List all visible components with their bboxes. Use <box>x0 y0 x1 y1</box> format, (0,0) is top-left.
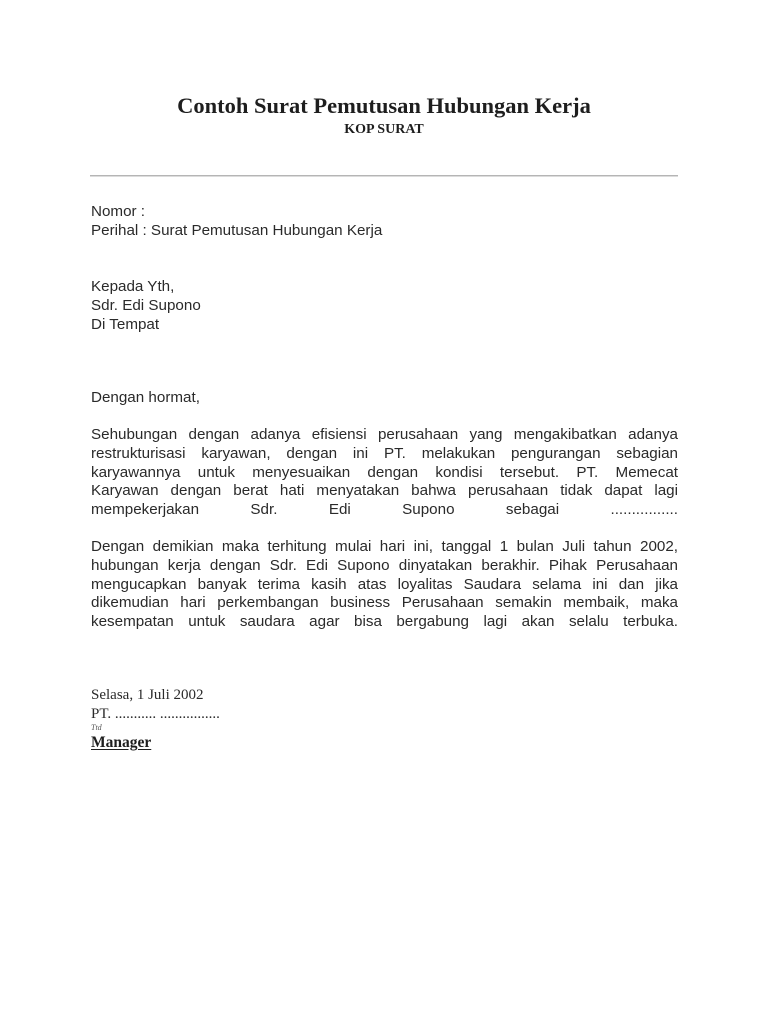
header-divider <box>90 175 678 177</box>
greeting-text: Dengan hormat, <box>91 389 678 408</box>
paragraph-line: Sehubungan dengan adanya efisiensi perus… <box>91 426 678 445</box>
paragraph-line: karyawannya untuk menyesuaikan dengan ko… <box>91 464 678 483</box>
paragraph-line: restrukturisasi karyawan, dengan ini PT.… <box>91 445 678 464</box>
letter-meta: Nomor : Perihal : Surat Pemutusan Hubung… <box>91 203 678 241</box>
paragraph-1: Sehubungan dengan adanya efisiensi perus… <box>91 426 678 520</box>
signature-ttd: Ttd <box>91 723 678 733</box>
perihal-line: Perihal : Surat Pemutusan Hubungan Kerja <box>91 222 678 241</box>
paragraph-line: kesempatan untuk saudara agar bisa berga… <box>91 613 678 632</box>
letter-page: Contoh Surat Pemutusan Hubungan Kerja KO… <box>0 0 768 1024</box>
paragraph-line: mempekerjakan Sdr. Edi Supono sebagai ..… <box>91 501 678 520</box>
paragraph-line: mengucapkan banyak terima kasih atas loy… <box>91 576 678 595</box>
recipient-line: Kepada Yth, <box>91 278 678 297</box>
paragraph-line: Dengan demikian maka terhitung mulai har… <box>91 538 678 557</box>
signature-company: PT. ........... ................ <box>91 705 678 723</box>
signature-block: Selasa, 1 Juli 2002 PT. ........... ....… <box>91 686 678 752</box>
paragraph-line: Karyawan dengan berat hati menyatakan ba… <box>91 482 678 501</box>
recipient-line: Sdr. Edi Supono <box>91 297 678 316</box>
greeting: Dengan hormat, <box>91 389 678 408</box>
letterhead-label: KOP SURAT <box>0 121 768 139</box>
recipient-block: Kepada Yth, Sdr. Edi Supono Di Tempat <box>91 278 678 334</box>
paragraph-line: dikemudian hari perkembangan business Pe… <box>91 594 678 613</box>
signature-date: Selasa, 1 Juli 2002 <box>91 686 678 705</box>
nomor-line: Nomor : <box>91 203 678 222</box>
document-title: Contoh Surat Pemutusan Hubungan Kerja <box>0 92 768 120</box>
signature-position: Manager <box>91 733 678 752</box>
paragraph-line: hubungan kerja dengan Sdr. Edi Supono di… <box>91 557 678 576</box>
recipient-line: Di Tempat <box>91 316 678 335</box>
paragraph-2: Dengan demikian maka terhitung mulai har… <box>91 538 678 632</box>
